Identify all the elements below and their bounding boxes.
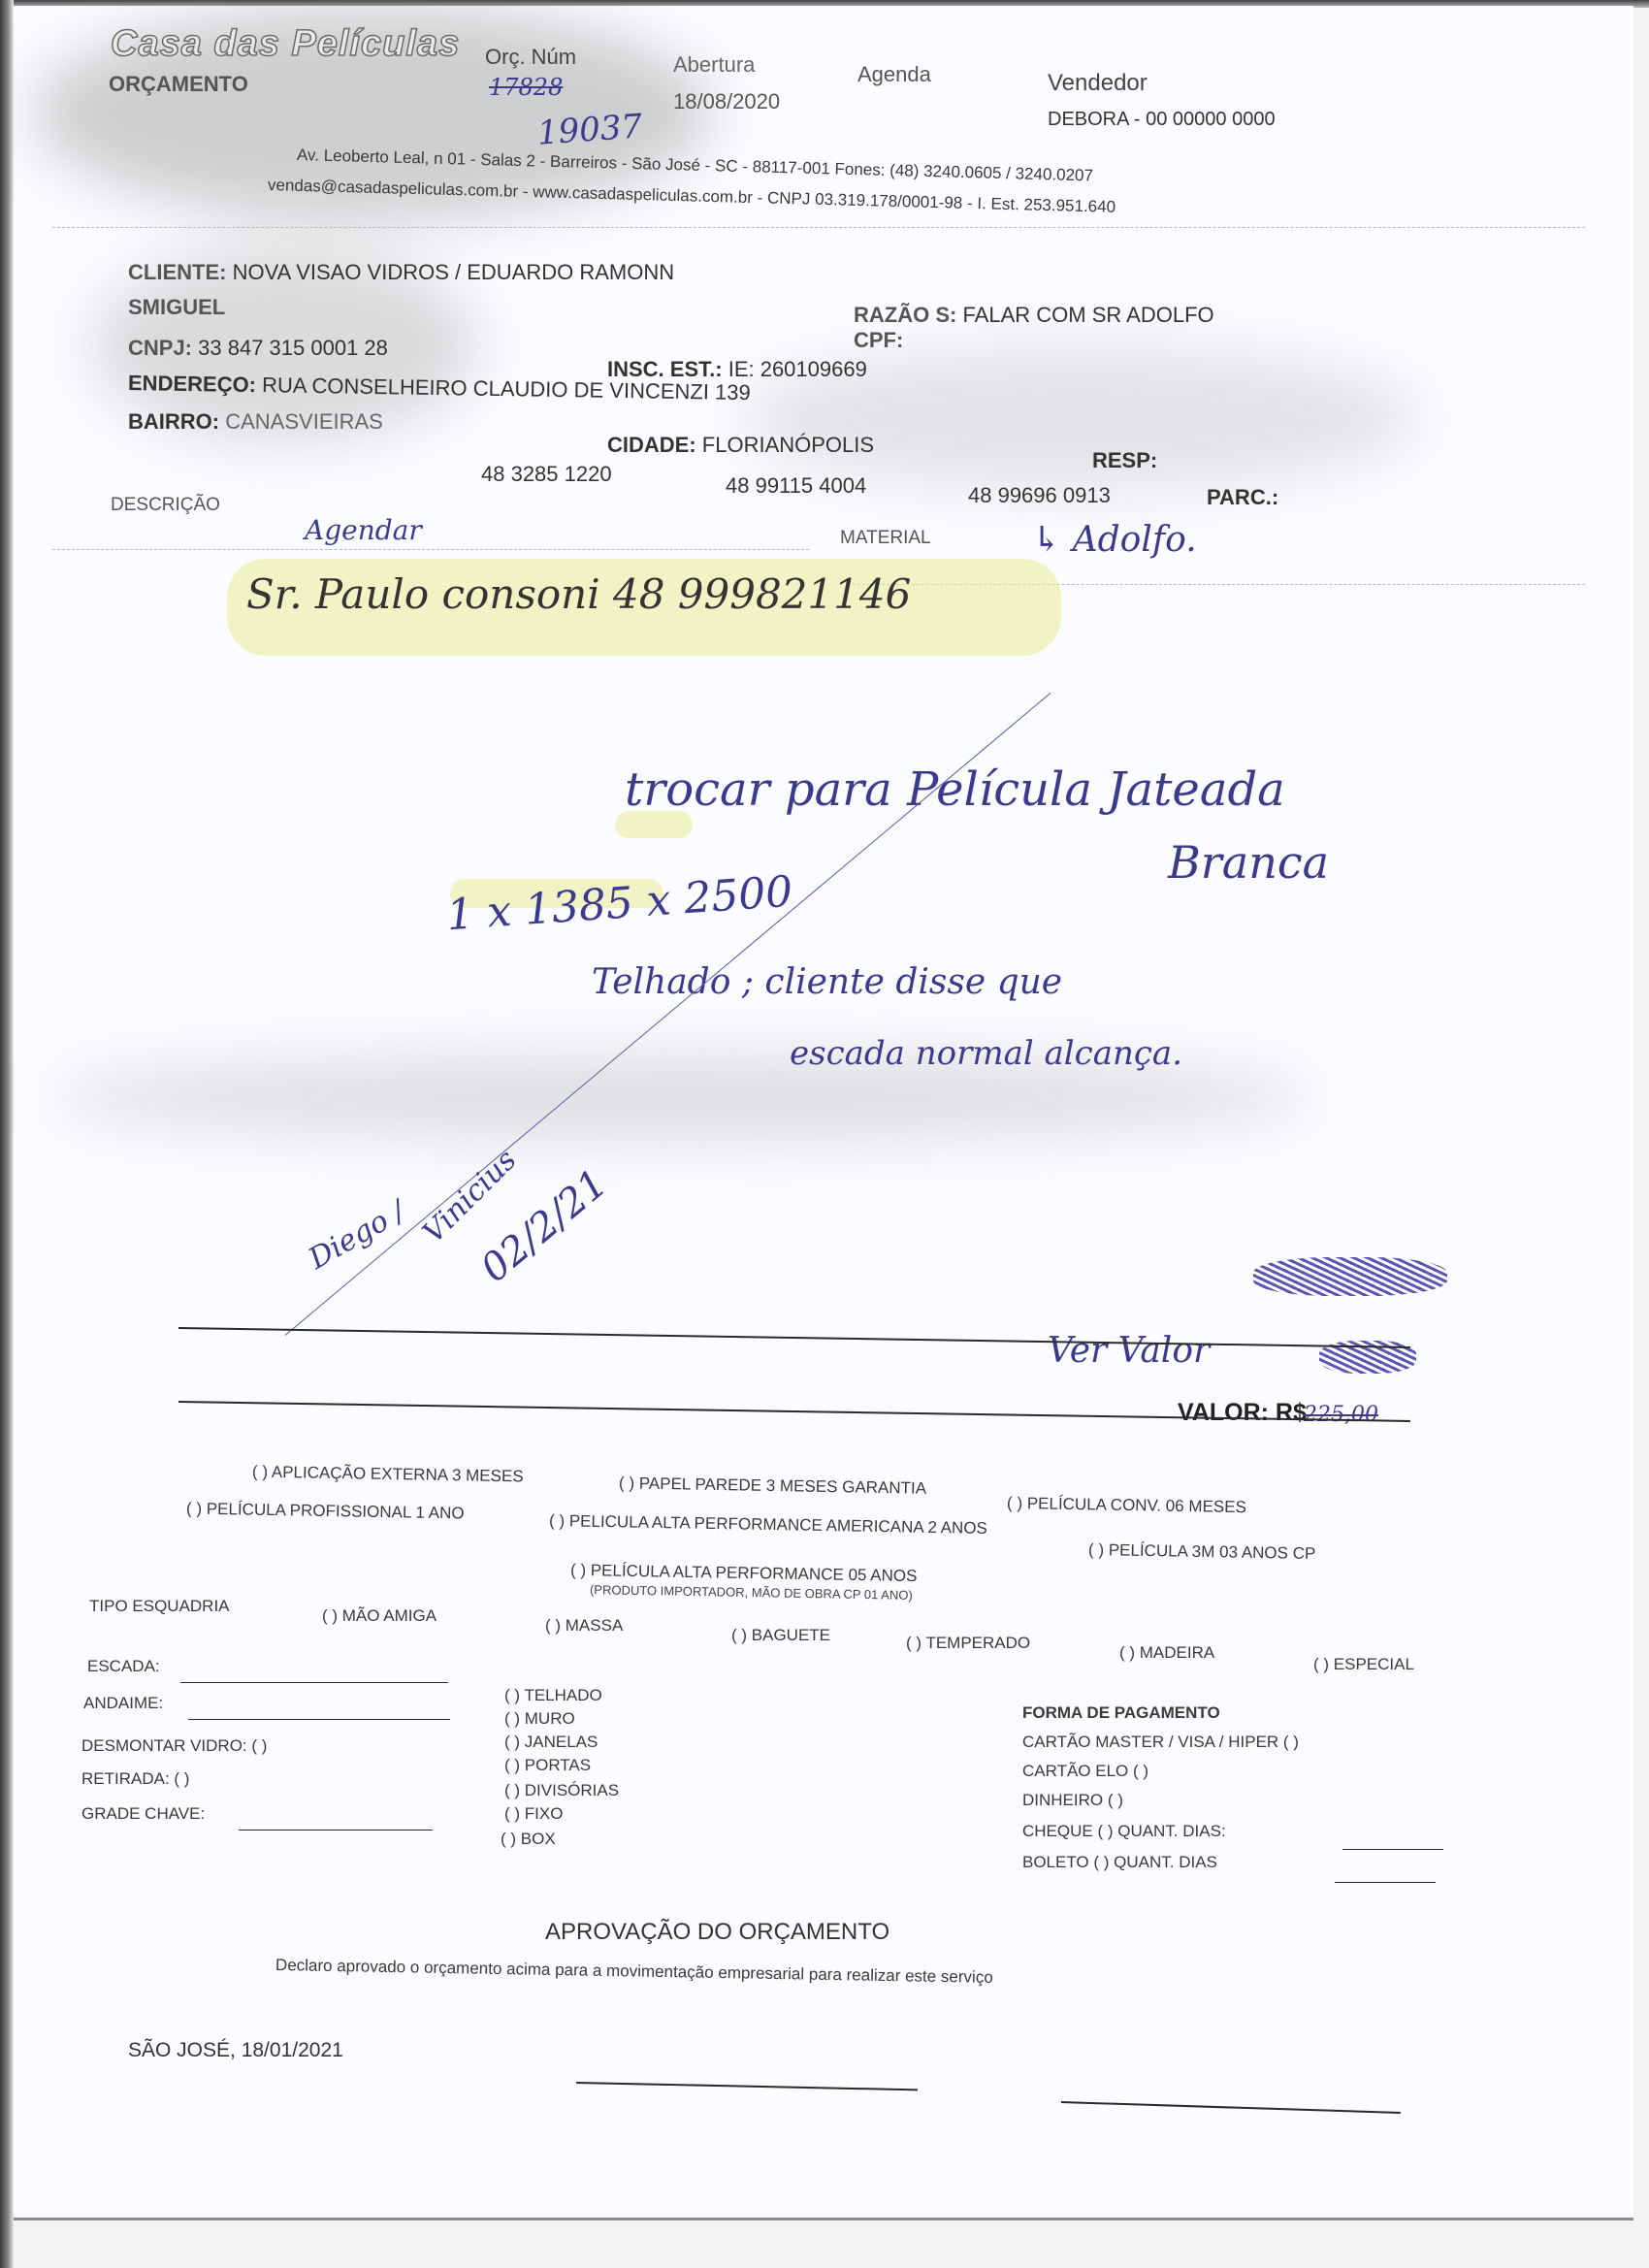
payment-option[interactable]: BOLETO ( ) QUANT. DIAS	[1022, 1853, 1217, 1872]
cheque-days-field[interactable]	[1342, 1849, 1443, 1850]
location-option[interactable]: ( ) JANELAS	[504, 1733, 598, 1752]
razao-row: RAZÃO S: FALAR COM SR ADOLFO	[854, 303, 1214, 328]
quote-form: Casa das Películas ORÇAMENTO Orç. Núm 17…	[14, 6, 1633, 2220]
service-option[interactable]: ( ) PELÍCULA PROFISSIONAL 1 ANO	[186, 1500, 465, 1524]
location-option[interactable]: ( ) FIXO	[504, 1804, 563, 1824]
place-date: SÃO JOSÉ, 18/01/2021	[128, 2039, 343, 2062]
signature-line-company[interactable]	[1061, 2101, 1401, 2114]
orc-num-crossed: 17828	[489, 74, 563, 101]
esquadria-option[interactable]: ( ) MASSA	[545, 1616, 623, 1636]
andaime-label: ANDAIME:	[83, 1694, 163, 1713]
bairro-row: BAIRRO: CANASVIEIRAS	[128, 409, 383, 435]
service-option[interactable]: ( ) PELÍCULA 3M 03 ANOS CP	[1088, 1540, 1316, 1564]
signature-line-client[interactable]	[576, 2082, 918, 2090]
esquadria-option[interactable]: ( ) ESPECIAL	[1313, 1655, 1414, 1674]
hand-contact: Sr. Paulo consoni 48 999821146	[246, 570, 911, 618]
descricao-label: DESCRIÇÃO	[111, 495, 220, 516]
scan-edge-left	[0, 0, 14, 2268]
esquadria-option[interactable]: ( ) MADEIRA	[1119, 1643, 1214, 1663]
valor-label: VALOR: R$	[1178, 1399, 1307, 1427]
abertura-label: Abertura	[673, 52, 755, 78]
service-option[interactable]: ( ) PAPEL PAREDE 3 MESES GARANTIA	[619, 1474, 926, 1499]
hand-line-5: escada normal alcança.	[790, 1034, 1182, 1073]
hand-line-2: Branca	[1168, 836, 1329, 889]
andaime-field[interactable]	[188, 1719, 450, 1720]
payment-option[interactable]: CARTÃO ELO ( )	[1022, 1762, 1148, 1781]
location-option[interactable]: ( ) DIVISÓRIAS	[504, 1781, 619, 1800]
orc-num-handwritten: 19037	[536, 107, 644, 152]
cpf-label: CPF:	[854, 328, 903, 353]
grade-label: GRADE CHAVE:	[81, 1804, 205, 1824]
location-option[interactable]: ( ) MURO	[504, 1709, 575, 1729]
approval-title: APROVAÇÃO DO ORÇAMENTO	[545, 1919, 889, 1946]
desmontar-option[interactable]: DESMONTAR VIDRO: ( )	[81, 1736, 267, 1756]
cidade-row: CIDADE: FLORIANÓPOLIS	[607, 433, 874, 458]
service-option[interactable]: ( ) PELICULA ALTA PERFORMANCE AMERICANA …	[549, 1511, 987, 1539]
escada-label: ESCADA:	[87, 1657, 160, 1676]
hand-note-a: Diego /	[304, 1194, 411, 1276]
service-note: (PRODUTO IMPORTADOR, MÃO DE OBRA CP 01 A…	[590, 1582, 913, 1603]
abertura-value: 18/08/2020	[673, 89, 780, 114]
orc-num-label: Orç. Núm	[485, 45, 576, 70]
scribbled-value	[1253, 1257, 1447, 1296]
hand-ver-valor: Ver Valor	[1048, 1331, 1210, 1371]
payment-option[interactable]: CHEQUE ( ) QUANT. DIAS:	[1022, 1822, 1226, 1841]
divider	[52, 227, 1585, 228]
approval-statement: Declaro aprovado o orçamento acima para …	[275, 1956, 993, 1988]
hand-adolfo: ↳ Adolfo.	[1032, 520, 1197, 560]
retirada-option[interactable]: RETIRADA: ( )	[81, 1769, 189, 1789]
location-option[interactable]: ( ) TELHADO	[504, 1686, 602, 1705]
hand-line-4: Telhado ; cliente disse que	[592, 962, 1062, 1002]
esquadria-option[interactable]: ( ) MÃO AMIGA	[322, 1606, 436, 1626]
rule-line	[178, 1327, 1410, 1348]
hand-agendar: Agendar	[305, 514, 422, 546]
divider	[52, 549, 809, 550]
payment-title: FORMA DE PAGAMENTO	[1022, 1703, 1220, 1723]
material-label: MATERIAL	[840, 528, 931, 549]
esquadria-label: TIPO ESQUADRIA	[89, 1597, 230, 1616]
phone-2: 48 99115 4004	[726, 473, 866, 499]
grade-field[interactable]	[239, 1830, 433, 1831]
hand-line-3: 1 x 1385 x 2500	[445, 867, 794, 941]
esquadria-option[interactable]: ( ) TEMPERADO	[906, 1634, 1030, 1653]
valor-crossed: 225,00	[1304, 1403, 1378, 1427]
phone-1: 48 3285 1220	[481, 462, 612, 487]
cliente-row: CLIENTE: NOVA VISAO VIDROS / EDUARDO RAM…	[128, 260, 674, 285]
hand-line-1: trocar para Película Jateada	[625, 762, 1285, 817]
service-option[interactable]: ( ) APLICAÇÃO EXTERNA 3 MESES	[252, 1463, 524, 1487]
resp-label: RESP:	[1092, 448, 1157, 473]
agenda-label: Agenda	[857, 62, 931, 87]
service-option[interactable]: ( ) PELÍCULA CONV. 06 MESES	[1007, 1494, 1246, 1517]
payment-option[interactable]: CARTÃO MASTER / VISA / HIPER ( )	[1022, 1733, 1299, 1752]
parc-label: PARC.:	[1207, 485, 1278, 510]
cliente-value: NOVA VISAO VIDROS / EDUARDO RAMONN	[233, 260, 675, 284]
location-option[interactable]: ( ) BOX	[501, 1830, 556, 1849]
boleto-days-field[interactable]	[1335, 1882, 1436, 1883]
esquadria-option[interactable]: ( ) BAGUETE	[731, 1626, 830, 1645]
payment-option[interactable]: DINHEIRO ( )	[1022, 1791, 1123, 1810]
location-option[interactable]: ( ) PORTAS	[504, 1756, 591, 1775]
cnpj-row: CNPJ: 33 847 315 0001 28	[128, 336, 388, 361]
vendedor-label: Vendedor	[1048, 70, 1148, 97]
phone-3: 48 99696 0913	[968, 483, 1111, 508]
company-logo: Casa das Películas	[111, 23, 460, 65]
vendedor-value: DEBORA - 00 00000 0000	[1048, 109, 1276, 131]
cliente-value-2: SMIGUEL	[128, 295, 225, 320]
doc-type: ORÇAMENTO	[109, 72, 248, 97]
escada-field[interactable]	[180, 1682, 448, 1683]
